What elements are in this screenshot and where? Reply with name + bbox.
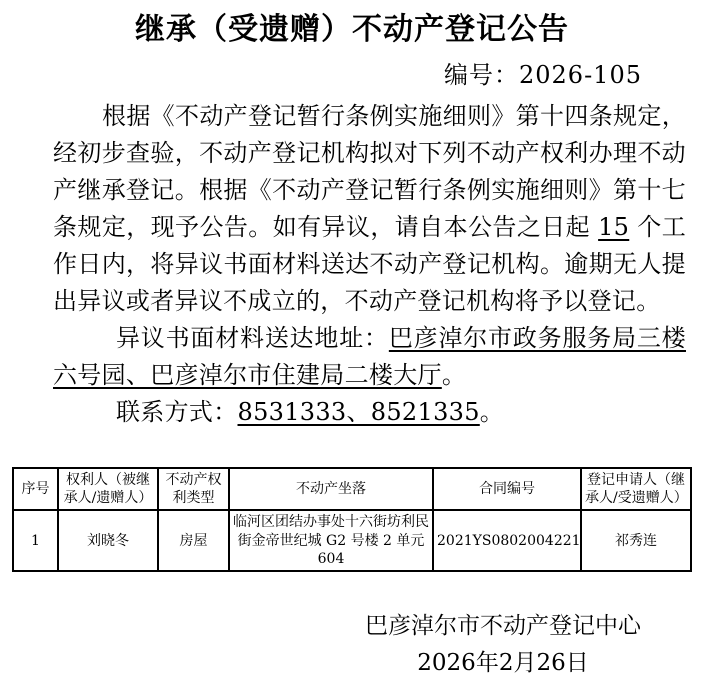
column-header: 合同编号 (433, 468, 581, 510)
table-cell: 刘晓冬 (58, 510, 158, 571)
paragraph-text: 。 (480, 398, 504, 426)
announcement-document: 继承（受遗赠）不动产登记公告 编号：2026-105 根据《不动产登记暂行条例实… (0, 0, 704, 679)
table-row: 1刘晓冬房屋临河区团结办事处十六街坊利民街金帝世纪城 G2 号楼 2 单元 60… (13, 510, 691, 571)
paragraph-contact: 联系方式：8531333、8521335。 (53, 394, 686, 431)
column-header: 权利人（被继承人/遗赠人） (58, 468, 158, 510)
column-header: 序号 (13, 468, 58, 510)
paragraph-text: 联系方式： (116, 398, 238, 426)
table-cell: 房屋 (158, 510, 229, 571)
paragraph-objection-address: 异议书面材料送达地址：巴彦淖尔市政务服务局三楼六号园、巴彦淖尔市住建局二楼大厅。 (53, 320, 686, 394)
registration-table: 序号权利人（被继承人/遗赠人）不动产权利类型不动产坐落合同编号登记申请人（继承人… (12, 467, 692, 572)
paragraph-text: 异议书面材料送达地址： (116, 324, 389, 352)
column-header: 登记申请人（继承人/受遗赠人） (581, 468, 691, 510)
paragraph-text: 根据《不动产登记暂行条例实施细则》第十四条规定，经初步查验，不动产登记机构拟对下… (53, 102, 686, 241)
issue-date: 2026年2月26日 (352, 645, 654, 679)
issuer-name: 巴彦淖尔市不动产登记中心 (352, 608, 654, 645)
page-title: 继承（受遗赠）不动产登记公告 (0, 12, 704, 48)
working-days-underlined: 15 (598, 213, 629, 241)
paragraph-text: 。 (442, 361, 466, 389)
column-header: 不动产坐落 (229, 468, 433, 510)
contact-phones-underlined: 8531333、8521335 (238, 398, 480, 426)
table-cell: 2021YS0802004221 (433, 510, 581, 571)
table-cell: 临河区团结办事处十六街坊利民街金帝世纪城 G2 号楼 2 单元 604 (229, 510, 433, 571)
column-header: 不动产权利类型 (158, 468, 229, 510)
table-cell: 祁秀连 (581, 510, 691, 571)
paragraph-regulation: 根据《不动产登记暂行条例实施细则》第十四条规定，经初步查验，不动产登记机构拟对下… (53, 98, 686, 320)
table-cell: 1 (13, 510, 58, 571)
document-number: 编号：2026-105 (0, 57, 704, 94)
signature-block: 巴彦淖尔市不动产登记中心 2026年2月26日 (352, 608, 654, 679)
body-text: 根据《不动产登记暂行条例实施细则》第十四条规定，经初步查验，不动产登记机构拟对下… (53, 98, 686, 431)
table-header-row: 序号权利人（被继承人/遗赠人）不动产权利类型不动产坐落合同编号登记申请人（继承人… (13, 468, 691, 510)
